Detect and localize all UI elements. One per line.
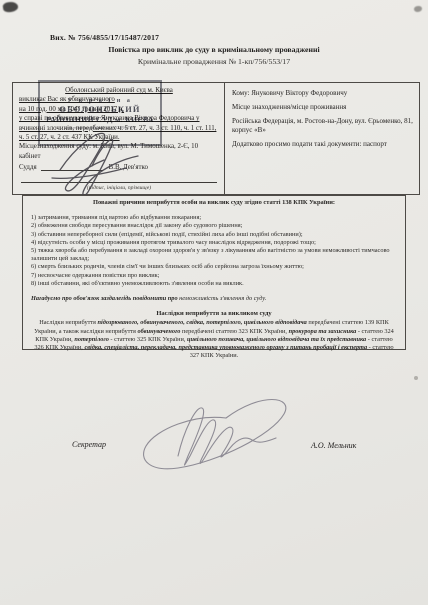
signature-caption: (підпис, ініціали, прізвище) xyxy=(19,184,219,193)
reason-item-2: 2) обмеження свободи пересування внаслід… xyxy=(31,222,397,230)
consequences-seg: - статтею 325 КПК України, xyxy=(109,336,187,343)
consequences-seg: Наслідки неприбуття xyxy=(39,319,97,326)
reminder-bold: Нагадуємо про обов'язок заздалегідь пові… xyxy=(31,295,178,302)
recipient-name: Кому: Януковичу Віктору Федоровичу xyxy=(232,89,413,98)
recipient-address: Російська Федерація, м. Ростов-на-Дону, … xyxy=(232,117,413,135)
reason-item-6: 6) смерть близьких родичів, членів сім'ї… xyxy=(31,263,397,271)
stamp-court-name-2: РАЙОННИЙ СУД м. КИЄВА xyxy=(46,115,154,124)
scan-speck xyxy=(414,376,418,380)
recipient-cell: Кому: Януковичу Віктору Федоровичу Місце… xyxy=(225,83,419,194)
stamp-country: У к р а ї н а xyxy=(68,97,133,104)
consequences-seg: прокурора та захисника xyxy=(289,328,357,335)
consequences-heading: Наслідки неприбуття за викликом суду xyxy=(31,310,397,318)
stamp-court-name-1: ОБОЛОНСЬКИЙ xyxy=(59,105,140,114)
consequences-seg: передбачені статтею 323 КПК України, xyxy=(180,328,288,335)
reason-item-3: 3) обставини непереборної сили (епідемії… xyxy=(31,231,397,239)
valid-reasons-heading: Поважні причини неприбуття особи на викл… xyxy=(31,199,397,207)
court-stamp: У к р а ї н а ОБОЛОНСЬКИЙ РАЙОННИЙ СУД м… xyxy=(38,80,162,146)
ref-number: Вих. № 756/4855/17/15487/2017 xyxy=(50,33,159,42)
secretary-name: А.О. Мельник xyxy=(311,441,356,450)
scan-smudge-top-left xyxy=(2,1,18,13)
stamp-id-code: ідентифікаційний код 02896785 xyxy=(65,125,135,130)
reminder-rest: неможливість з'явлення до суду. xyxy=(178,295,267,302)
reason-item-1: 1) затримання, тримання під вартою або в… xyxy=(31,214,397,222)
reminder-line: Нагадуємо про обов'язок заздалегідь пові… xyxy=(31,295,397,303)
reason-item-5: 5) тяжка хвороба або перебування в закла… xyxy=(31,247,397,263)
rules-box: Поважні причини неприбуття особи на викл… xyxy=(22,195,406,350)
case-number: Кримінальне провадження № 1-кп/756/553/1… xyxy=(0,57,428,66)
judge-row: Суддя В.В. Дев'ятко xyxy=(19,162,219,172)
consequences-seg: підозрюваного, обвинуваченого, свідка, п… xyxy=(97,319,306,326)
scan-smudge-top-right xyxy=(414,6,422,12)
consequences-seg: свідка, спеціаліста, перекладача, предст… xyxy=(84,344,367,351)
secretary-label: Секретар xyxy=(72,440,106,449)
reason-item-4: 4) відсутність особи у місці проживання … xyxy=(31,239,397,247)
consequences-seg: обвинуваченого xyxy=(137,328,180,335)
secretary-signature xyxy=(126,390,301,478)
judge-signature-line xyxy=(41,162,103,171)
reason-item-7: 7) несвоєчасне одержання повістки про ви… xyxy=(31,272,397,280)
consequences-seg: потерпілого xyxy=(74,336,109,343)
judge-name: В.В. Дев'ятко xyxy=(109,163,148,172)
consequences-seg: цивільного позивача, цивільного відповід… xyxy=(187,336,366,343)
signature-divider xyxy=(21,182,217,183)
consequences-paragraph: Наслідки неприбуття підозрюваного, обвин… xyxy=(31,319,397,360)
document-title: Повістка про виклик до суду в кримінальн… xyxy=(0,45,428,54)
judge-label: Суддя xyxy=(19,163,37,172)
reason-item-8: 8) інші обставини, які об'єктивно унемож… xyxy=(31,280,397,288)
residence-label: Місце знаходження/місце проживання xyxy=(232,103,413,112)
document-page: { "header": { "ref_number": "Вих. № 756/… xyxy=(0,0,428,605)
required-documents: Додатково просимо подати такі документи:… xyxy=(232,140,413,149)
